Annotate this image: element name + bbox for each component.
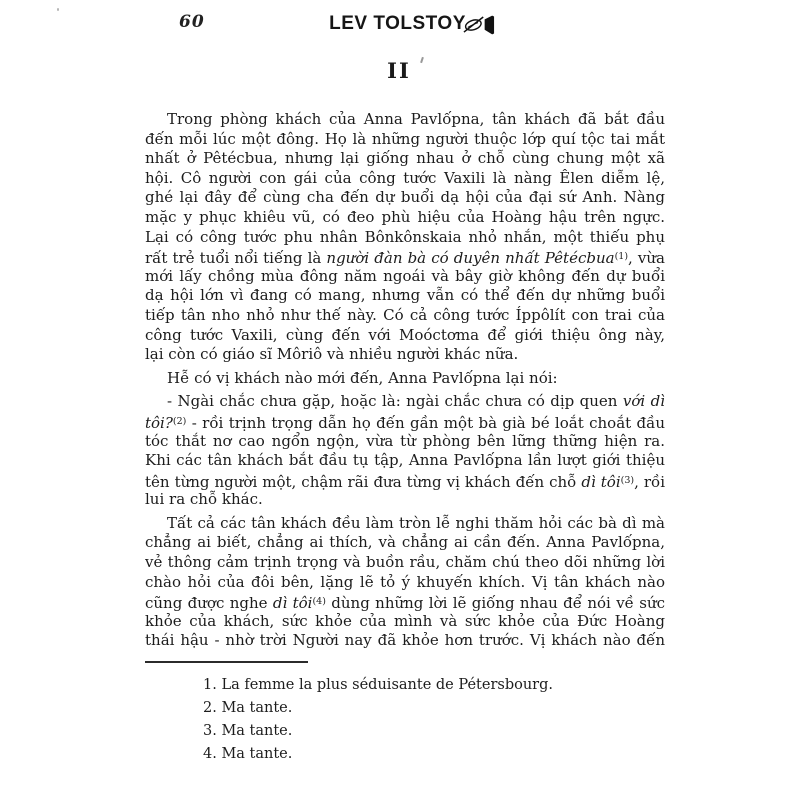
footnote-2: 2. Ma tante. bbox=[145, 699, 665, 717]
text-line: - Ngài chắc chưa gặp, hoặc là: ngài chắc… bbox=[145, 392, 665, 412]
paragraph: - Ngài chắc chưa gặp, hoặc là: ngài chắc… bbox=[145, 392, 665, 510]
text-line: hội. Cô người con gái của công tước Vaxi… bbox=[145, 169, 665, 189]
text-line: công tước Vaxili, cùng đến với Moóctơma … bbox=[145, 326, 665, 346]
text-line: Hễ có vị khách nào mới đến, Anna Pavlốpn… bbox=[145, 369, 665, 389]
text-line: tiếp tân nho nhỏ như thế này. Có cả công… bbox=[145, 306, 665, 326]
text-line: tóc thắt nơ cao ngổn ngộn, vừa từ phòng … bbox=[145, 432, 665, 452]
text-line: khỏe của khách, sức khỏe của mình và sức… bbox=[145, 612, 665, 632]
footnotes: 1. La femme la plus séduisante de Péters… bbox=[145, 657, 665, 768]
text-line: ghé lại đây để cùng cha đến dự buổi dạ h… bbox=[145, 188, 665, 208]
text-line: Trong phòng khách của Anna Pavlốpna, tân… bbox=[145, 110, 665, 130]
chapter-heading: II bbox=[145, 58, 653, 83]
text-line: rất trẻ tuổi nổi tiếng là người đàn bà c… bbox=[145, 247, 665, 267]
text-line: cũng được nghe dì tôi(4) dùng những lời … bbox=[145, 592, 665, 612]
text-line: Lại có công tước phu nhân Bônkônskaia nh… bbox=[145, 228, 665, 248]
text-line: đến mỗi lúc một đông. Họ là những người … bbox=[145, 130, 665, 150]
running-title: LEV TOLSTOY bbox=[145, 13, 650, 35]
text-line: lại còn có giáo sĩ Môriô và nhiều người … bbox=[145, 345, 665, 365]
paragraph: Tất cả các tân khách đều làm tròn lễ ngh… bbox=[145, 514, 665, 651]
text-line: nhất ở Pêtécbua, nhưng lại giống nhau ở … bbox=[145, 149, 665, 169]
paragraph: Trong phòng khách của Anna Pavlốpna, tân… bbox=[145, 110, 665, 365]
footnote-divider bbox=[145, 661, 308, 663]
text-line: thái hậu - nhờ trời Người nay đã khỏe hơ… bbox=[145, 631, 665, 651]
paragraph: Hễ có vị khách nào mới đến, Anna Pavlốpn… bbox=[145, 369, 665, 389]
text-line: Tất cả các tân khách đều làm tròn lễ ngh… bbox=[145, 514, 665, 534]
footnote-3: 3. Ma tante. bbox=[145, 722, 665, 740]
text-line: vẻ thông cảm trịnh trọng và buồn rầu, ch… bbox=[145, 553, 665, 573]
text-line: mới lấy chồng mùa đông năm ngoái và bây … bbox=[145, 267, 665, 287]
scan-speck bbox=[57, 8, 59, 11]
text-line: mặc y phục khiêu vũ, có đeo phù hiệu của… bbox=[145, 208, 665, 228]
quill-leaf-logo-icon bbox=[463, 14, 495, 36]
text-line: dạ hội lớn vì đang có mang, nhưng vẫn có… bbox=[145, 286, 665, 306]
text-line: tôi?(2) - rồi trịnh trọng dẫn họ đến gần… bbox=[145, 412, 665, 432]
footnote-1: 1. La femme la plus séduisante de Péters… bbox=[145, 676, 665, 694]
text-line: Khi các tân khách bắt đầu tụ tập, Anna P… bbox=[145, 451, 665, 471]
footnote-4: 4. Ma tante. bbox=[145, 745, 665, 763]
text-line: tên từng người một, chậm rãi đưa từng vị… bbox=[145, 471, 665, 491]
body-text: Trong phòng khách của Anna Pavlốpna, tân… bbox=[145, 110, 665, 651]
text-line: chẳng ai biết, chẳng ai thích, và chẳng … bbox=[145, 533, 665, 553]
text-line: chào hỏi của đôi bên, lặng lẽ tỏ ý khuyế… bbox=[145, 573, 665, 593]
text-line: lui ra chỗ khác. bbox=[145, 490, 665, 510]
